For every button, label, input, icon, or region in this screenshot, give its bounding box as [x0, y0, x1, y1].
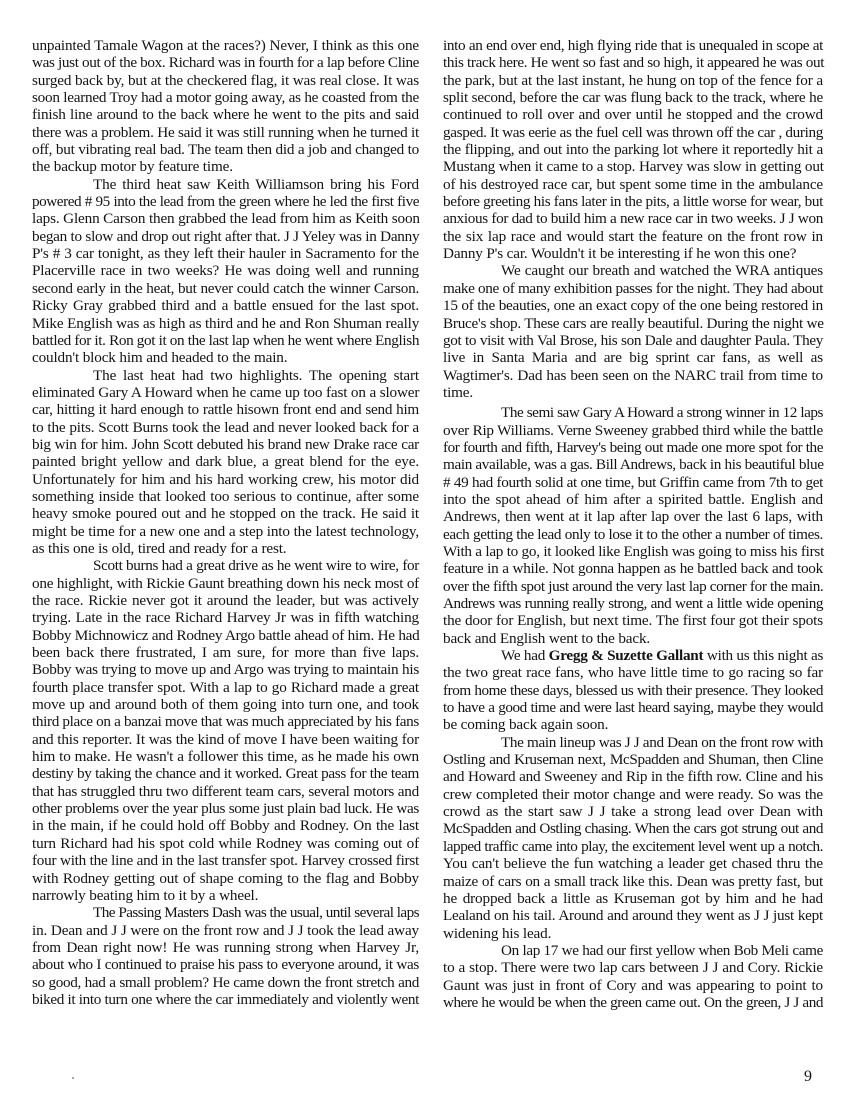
text-line: to have a good time and were last heard … [443, 699, 823, 716]
text-line: in. Dean and J J were on the front row a… [32, 922, 419, 939]
text-line: in the main, if he could hold off Bobby … [32, 817, 419, 834]
text-line: trying. Late in the race Richard Harvey … [32, 609, 419, 626]
text-line: With a lap to go, it looked like English… [443, 543, 823, 560]
text-line: of his destroyed race car, but spent som… [443, 176, 823, 193]
text-line: eliminated Gary A Howard when he came up… [32, 384, 419, 401]
text-line: began to slow and drop out right after t… [32, 228, 419, 245]
text-line: maize of cars on a small track like this… [443, 873, 823, 890]
left-column: unpainted Tamale Wagon at the races?) Ne… [32, 37, 419, 1008]
text-line: off, but vibrating real bad. The team th… [32, 141, 419, 158]
text-line: Ricky Gray grabbed third and a battle en… [32, 297, 419, 314]
text-line: battled for it. Ron got it on the last l… [32, 332, 419, 349]
text-line: the race. Rickie never got it around the… [32, 592, 419, 609]
text-line: from home these days, blessed us with th… [443, 682, 823, 699]
text-line: third place on a banzai move that was mu… [32, 713, 419, 730]
text-line: over Rip Williams. Verne Sweeney grabbed… [443, 422, 823, 439]
text-line: crowd as the start saw J J take a strong… [443, 803, 823, 820]
text-line: the backup motor by feature time. [32, 158, 419, 175]
text-line: Danny P's car. Wouldn't it be interestin… [443, 245, 823, 262]
text-line: lapped traffic came into play, the excit… [443, 838, 823, 855]
document-page: unpainted Tamale Wagon at the races?) Ne… [0, 0, 850, 1100]
text-line: been back there frustrated, I am sure, f… [32, 644, 419, 661]
text-line: gasped. It was eerie as the fuel cell wa… [443, 124, 823, 141]
scan-speck [72, 1077, 74, 1079]
text-line: You can't believe the fun watching a lea… [443, 855, 823, 872]
paragraph-first-line: Scott burns had a great drive as he went… [32, 557, 419, 574]
text-line: time. [443, 384, 823, 401]
paragraph-first-line: We had Gregg & Suzette Gallant with us t… [443, 647, 823, 664]
text-line: make one of many exhibition passes for t… [443, 280, 823, 297]
text-line: so good, had a small problem? He came do… [32, 974, 419, 991]
text-line: to a stop. There were two lap cars betwe… [443, 959, 823, 976]
text-line: soon learned Troy had a motor going away… [32, 89, 419, 106]
text-line: Mike English was as high as third and he… [32, 315, 419, 332]
text-line: into an end over end, high flying ride t… [443, 37, 823, 54]
text-line: with Rodney getting out of shape coming … [32, 870, 419, 887]
text-line: surged back by, but at the checkered fla… [32, 72, 419, 89]
text-line: 15 of the beauties, one an exact copy of… [443, 297, 823, 314]
text-line: there was a problem. He said it was stil… [32, 124, 419, 141]
text-line: biked it into turn one where the car imm… [32, 991, 419, 1008]
page-number: 9 [804, 1068, 812, 1086]
text-line: turn Richard had his spot cold while Rod… [32, 835, 419, 852]
text-line: other problems over the year plus some j… [32, 800, 419, 817]
text-line: was just out of the box. Richard was in … [32, 54, 419, 71]
text-line: back and English went to the back. [443, 630, 823, 647]
text-line: heavy smoke poured out and he stopped on… [32, 505, 419, 522]
text-line: Bobby Michnowicz and Rodney Argo battle … [32, 627, 419, 644]
text-line: destiny by taking the chance and it work… [32, 765, 419, 782]
text-line: powered # 95 into the lead from the gree… [32, 193, 419, 210]
text-line: this track here. He went so fast and so … [443, 54, 823, 71]
text-line: might be time for a new one and a step i… [32, 523, 419, 540]
text-line: and this reporter. It was the kind of mo… [32, 731, 419, 748]
text-line: him to make. He wasn't a follower this t… [32, 748, 419, 765]
text-line: and Howard and Sweeney and Rip in the fi… [443, 768, 823, 785]
text-line: four with the line and in the last trans… [32, 852, 419, 869]
text-line: Andrews was running really strong, and w… [443, 595, 823, 612]
text-line: continued to roll over and over until he… [443, 106, 823, 123]
text-line: unpainted Tamale Wagon at the races?) Ne… [32, 37, 419, 54]
text-line: finish line around to the back where he … [32, 106, 419, 123]
text-line: narrowly beating him to it by a wheel. [32, 887, 419, 904]
text-line: move up and around both of them going in… [32, 696, 419, 713]
text-line: where he would be when the green came ou… [443, 994, 823, 1011]
text-line: feature in a while. Not gonna happen as … [443, 560, 823, 577]
text-line: split second, before the car was flung b… [443, 89, 823, 106]
text-line: that has struggled thru two different te… [32, 783, 419, 800]
text-line: second early in the heat, but never coul… [32, 280, 419, 297]
text-line: the two great race fans, who have little… [443, 664, 823, 681]
text-line: Unfortunately for him and his hard worki… [32, 471, 419, 488]
text-line: Gaunt was just in front of Cory and was … [443, 977, 823, 994]
paragraph-first-line: The main lineup was J J and Dean on the … [443, 734, 823, 751]
text-line: crew completed their motor change and we… [443, 786, 823, 803]
text-line: Ostling and Kruseman next, McSpadden and… [443, 751, 823, 768]
text-line: for fourth and fifth, Harvey's being out… [443, 439, 823, 456]
text-line: fourth place transfer spot. With a lap t… [32, 679, 419, 696]
paragraph-first-line: We caught our breath and watched the WRA… [443, 262, 823, 279]
text-line: he dropped back a little as Kruseman got… [443, 890, 823, 907]
text-line: painted bright yellow and dark blue, a g… [32, 453, 419, 470]
text-line: before greeting his fans later in the pi… [443, 193, 823, 210]
text-segment: with us this night as [703, 647, 823, 664]
paragraph-first-line: On lap 17 we had our first yellow when B… [443, 942, 823, 959]
text-line: main available, was a gas. Bill Andrews,… [443, 456, 823, 473]
text-line: laps. Glenn Carson then grabbed the lead… [32, 210, 419, 227]
text-line: McSpadden and Ostling chasing. When the … [443, 820, 823, 837]
text-line: about who I continued to praise his pass… [32, 956, 419, 973]
text-line: as this one is old, tired and ready for … [32, 540, 419, 557]
paragraph-first-line: The semi saw Gary A Howard a strong winn… [443, 404, 823, 421]
text-line: from Dean right now! He was running stro… [32, 939, 419, 956]
text-line: to the pits. Scott Burns took the lead a… [32, 419, 419, 436]
text-line: Andrews, then went at it lap after lap o… [443, 508, 823, 525]
text-line: over the fifth spot just around the very… [443, 578, 823, 595]
text-line: # 49 had fourth solid at one time, but G… [443, 474, 823, 491]
text-line: Mustang when it came to a stop. Harvey w… [443, 158, 823, 175]
text-line: Bruce's shop. These cars are really beau… [443, 315, 823, 332]
text-line: couldn't block him and headed to the mai… [32, 349, 419, 366]
text-line: something inside that looked too serious… [32, 488, 419, 505]
text-line: the park, but at the last instant, he hu… [443, 72, 823, 89]
text-line: Wagtimer's. Dad has been seen on the NAR… [443, 367, 823, 384]
text-line: P's # 3 car tonight, as they left their … [32, 245, 419, 262]
text-line: live in Santa Maria and are big sprint c… [443, 349, 823, 366]
text-line: the flipping, and out into the parking l… [443, 141, 823, 158]
text-line: widening his lead. [443, 925, 823, 942]
text-segment: We had [501, 647, 549, 664]
paragraph-first-line: The third heat saw Keith Williamson brin… [32, 176, 419, 193]
text-line: one highlight, with Rickie Gaunt breathi… [32, 575, 419, 592]
text-line: big win for him. John Scott debuted his … [32, 436, 419, 453]
text-line: Placerville race in two weeks? He was do… [32, 262, 419, 279]
text-line: Bobby was trying to move up and Argo was… [32, 661, 419, 678]
text-line: into the spot ahead of him after a spiri… [443, 491, 823, 508]
text-line: the door for English, but next time. The… [443, 612, 823, 629]
paragraph-first-line: The Passing Masters Dash was the usual, … [32, 904, 419, 921]
text-line: anxious for dad to build him a new race … [443, 210, 823, 227]
text-line: each getting the lead only to lose it to… [443, 526, 823, 543]
right-column: into an end over end, high flying ride t… [443, 37, 823, 1011]
text-line: got to visit with Val Brose, his son Dal… [443, 332, 823, 349]
text-line: the six lap race and would start the fea… [443, 228, 823, 245]
text-line: car, hitting it hard enough to rattle hi… [32, 401, 419, 418]
text-line: be coming back again soon. [443, 716, 823, 733]
paragraph-first-line: The last heat had two highlights. The op… [32, 367, 419, 384]
bold-names: Gregg & Suzette Gallant [549, 647, 704, 664]
text-line: Lealand on his tail. Around and around t… [443, 907, 823, 924]
